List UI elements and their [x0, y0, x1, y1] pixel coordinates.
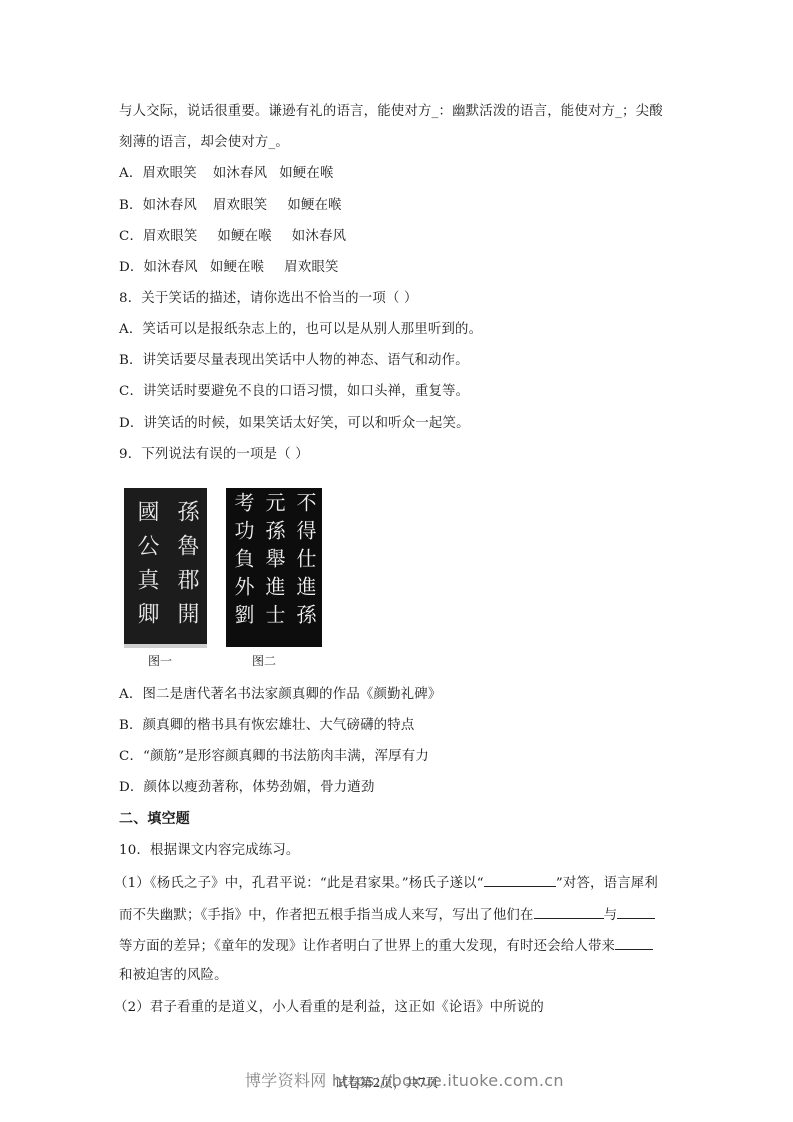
calligraphy-column: 元孫舉進士 [259, 492, 289, 632]
q8-option-c: C．讲笑话时要避免不良的口语习惯，如口头禅，重复等。 [119, 384, 469, 400]
q10-part1-line3: 等方面的差异；《童年的发现》让作者明白了世界上的重大发现，有时还会给人带来 [119, 937, 653, 955]
section-title: 二、填空题 [119, 811, 190, 827]
q8-option-a: A．笑话可以是报纸杂志上的，也可以是从别人那里听到的。 [119, 322, 482, 338]
text-segment: （1）《杨氏之子》中，孔君平说：“此是君家果。”杨氏子遂以“ [114, 876, 484, 891]
q7-stem-line2: 刻薄的语言，却会使对方_。 [119, 135, 289, 151]
q8-option-d: D．讲笑话的时候，如果笑话太好笑，可以和听众一起笑。 [119, 416, 470, 432]
text-segment: 与 [604, 908, 618, 923]
q9-stem: 9．下列说法有误的一项是（ ） [119, 447, 309, 463]
calligraphy-text: 元孫舉進士 [259, 492, 289, 632]
text-segment: ”对答，语言犀利 [556, 876, 658, 891]
q7-option-b: B．如沐春风眉欢眼笑如鲠在喉 [119, 198, 342, 214]
option-part: 如沐春风 [143, 198, 197, 214]
calligraphy-column: 考功負外劉 [228, 492, 258, 632]
calligraphy-column: 不得仕進孫 [290, 492, 320, 632]
option-letter: B． [119, 198, 143, 213]
q7-option-a: A．眉欢眼笑如沐春风如鲠在喉 [119, 166, 334, 182]
q9-option-a: A．图二是唐代著名书法家颜真卿的作品《颜勤礼碑》 [119, 687, 441, 703]
figure-2-caption: 图二 [252, 652, 276, 669]
calligraphy-text: 孫魯郡開 [168, 500, 204, 636]
q7-option-d: D．如沐春风如鲠在喉眉欢眼笑 [119, 260, 339, 276]
q7-stem-line1: 与人交际，说话很重要。谦逊有礼的语言，能使对方_：幽默活泼的语言，能使对方_；尖… [119, 104, 663, 120]
q10-part1-line4: 和被迫害的风险。 [119, 968, 228, 984]
option-part: 如沐春风 [144, 260, 198, 276]
calligraphy-figure-1: 國公真卿 孫魯郡開 [124, 488, 207, 648]
text-segment: 而不失幽默；《手指》中，作者把五根手指当成人来写，写出了他们在 [119, 908, 534, 923]
q9-option-c: C．“颜筋”是形容颜真卿的书法筋肉丰满，浑厚有力 [119, 749, 429, 765]
option-part: 眉欢眼笑 [142, 166, 196, 182]
q9-option-b: B．颜真卿的楷书具有恢宏雄壮、大气磅礴的特点 [119, 718, 414, 734]
q7-option-c: C．眉欢眼笑如鲠在喉如沐春风 [119, 229, 346, 245]
calligraphy-column: 孫魯郡開 [168, 500, 204, 636]
q10-part2-line1: （2）君子看重的是道义，小人看重的是利益，这正如《论语》中所说的 [114, 1000, 544, 1016]
q10-stem: 10．根据课文内容完成练习。 [119, 843, 300, 859]
q8-stem: 8．关于笑话的描述，请你选出不恰当的一项（ ） [119, 291, 418, 307]
calligraphy-text: 考功負外劉 [228, 492, 258, 632]
figure-1-caption: 图一 [148, 652, 172, 669]
q8-option-b: B．讲笑话要尽量表现出笑话中人物的神态、语气和动作。 [119, 353, 469, 369]
calligraphy-text: 國公真卿 [128, 500, 164, 636]
watermark: 博学资料网 https://boxue.ituoke.com.cn [245, 1068, 564, 1091]
option-part: 如鲠在喉 [210, 260, 264, 276]
option-letter: C． [119, 229, 143, 244]
calligraphy-column: 國公真卿 [128, 500, 164, 636]
option-part: 如沐春风 [213, 166, 267, 182]
option-part: 如鲠在喉 [287, 198, 341, 214]
answer-blank[interactable] [617, 906, 655, 919]
option-letter: D． [119, 260, 144, 275]
option-part: 如鲠在喉 [279, 166, 333, 182]
q10-part1-line1: （1）《杨氏之子》中，孔君平说：“此是君家果。”杨氏子遂以“”对答，语言犀利 [114, 874, 658, 892]
option-part: 如沐春风 [292, 229, 346, 245]
text-segment: 等方面的差异；《童年的发现》让作者明白了世界上的重大发现，有时还会给人带来 [119, 939, 615, 954]
q10-part1-line2: 而不失幽默；《手指》中，作者把五根手指当成人来写，写出了他们在与 [119, 906, 655, 924]
answer-blank[interactable] [615, 937, 653, 950]
answer-blank[interactable] [534, 906, 604, 919]
option-part: 眉欢眼笑 [213, 198, 267, 214]
option-letter: A． [119, 166, 142, 181]
calligraphy-text: 不得仕進孫 [290, 492, 320, 632]
answer-blank[interactable] [484, 874, 556, 887]
calligraphy-figure-2: 考功負外劉 元孫舉進士 不得仕進孫 [226, 488, 322, 647]
q9-option-d: D．颜体以瘦劲著称，体势劲媚，骨力遒劲 [119, 780, 375, 796]
option-part: 眉欢眼笑 [284, 260, 338, 276]
option-part: 眉欢眼笑 [143, 229, 197, 245]
option-part: 如鲠在喉 [217, 229, 271, 245]
